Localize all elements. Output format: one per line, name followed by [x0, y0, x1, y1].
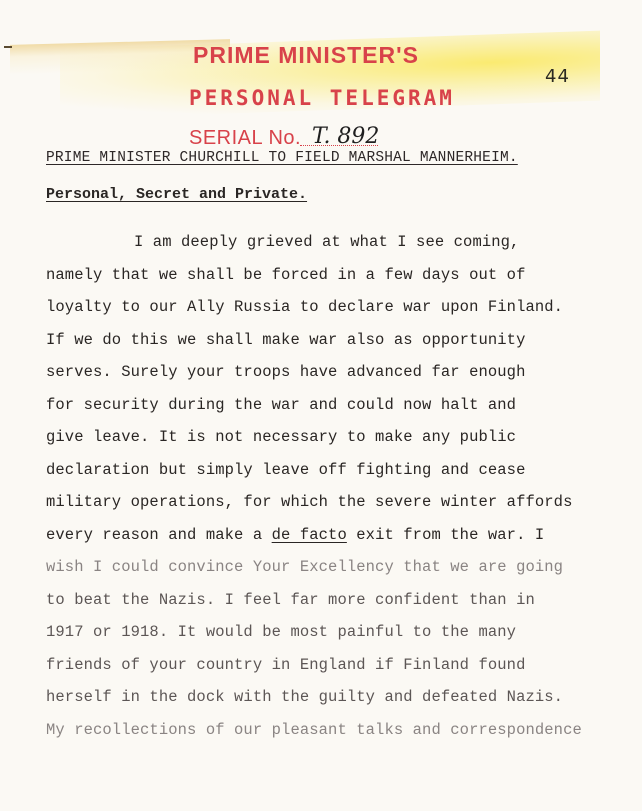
body-line: serves. Surely your troops have advanced…: [46, 361, 626, 394]
stamp-prime-ministers: PRIME MINISTER'S: [193, 42, 419, 69]
stamp-personal-telegram: PERSONAL TELEGRAM: [189, 86, 455, 110]
body-line: I am deeply grieved at what I see coming…: [46, 231, 626, 264]
body-text: exit from the war. I: [347, 526, 544, 544]
body-line: give leave. It is not necessary to make …: [46, 426, 626, 459]
body-line: every reason and make a de facto exit fr…: [46, 524, 626, 557]
document-heading: PRIME MINISTER CHURCHILL TO FIELD MARSHA…: [46, 150, 518, 166]
underlined-phrase: de facto: [272, 526, 347, 544]
body-line: for security during the war and could no…: [46, 394, 626, 427]
body-line: herself in the dock with the guilty and …: [46, 686, 626, 719]
document-subheading: Personal, Secret and Private.: [46, 186, 307, 203]
body-line: 1917 or 1918. It would be most painful t…: [46, 621, 626, 654]
body-line: military operations, for which the sever…: [46, 491, 626, 524]
body-text: every reason and make a: [46, 526, 272, 544]
serial-number: T. 892: [312, 124, 379, 149]
body-line: namely that we shall be forced in a few …: [46, 264, 626, 297]
stamp-serial-label: SERIAL No.: [189, 127, 301, 150]
body-line: My recollections of our pleasant talks a…: [46, 719, 626, 752]
body-line: to beat the Nazis. I feel far more confi…: [46, 589, 626, 622]
body-line: wish I could convince Your Excellency th…: [46, 556, 626, 589]
body-line: friends of your country in England if Fi…: [46, 654, 626, 687]
page-number: 44: [545, 66, 570, 87]
body-line: loyalty to our Ally Russia to declare wa…: [46, 296, 626, 329]
body-line: declaration but simply leave off fightin…: [46, 459, 626, 492]
body-line: If we do this we shall make war also as …: [46, 329, 626, 362]
telegram-body: I am deeply grieved at what I see coming…: [46, 231, 626, 751]
document-page: PRIME MINISTER'S PERSONAL TELEGRAM SERIA…: [0, 0, 642, 811]
paper-mark: [4, 46, 12, 48]
